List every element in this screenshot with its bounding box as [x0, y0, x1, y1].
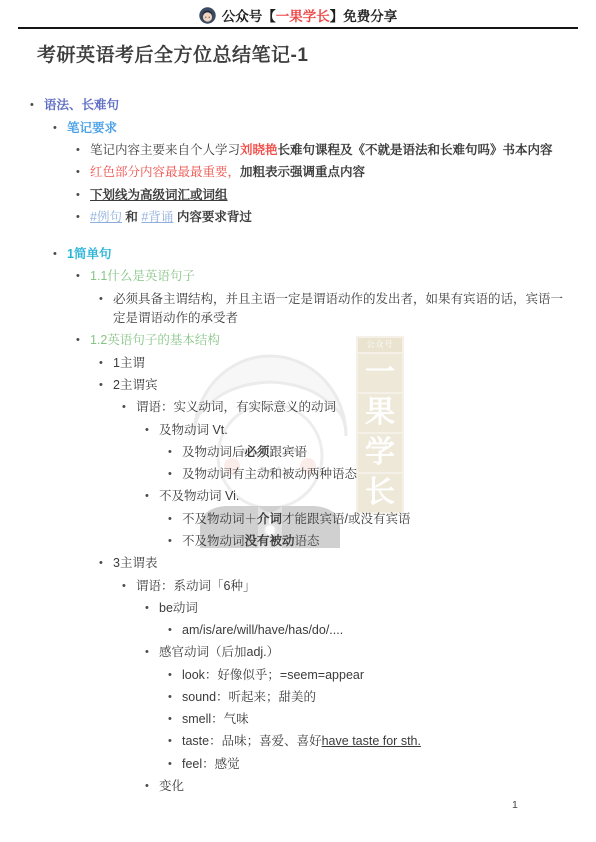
text-segment: 笔记内容主要来自个人学习 — [90, 143, 240, 157]
page-header: 公众号【一果学长】免费分享 — [0, 5, 596, 25]
bullet-icon: • — [168, 755, 182, 775]
brand-text: 公众号【一果学长】免费分享 — [222, 5, 398, 25]
text-segment: 语态 — [295, 534, 320, 548]
bullet-icon: • — [145, 643, 159, 663]
bullet-icon: • — [168, 532, 182, 552]
list-item: •1主谓 — [99, 352, 570, 374]
header-divider — [18, 27, 578, 29]
list-item-text: 1.2英语句子的基本结构 — [90, 331, 570, 351]
bullet-icon: • — [99, 554, 113, 574]
list-item-text: 下划线为高级词汇或词组 — [90, 186, 570, 206]
bullet-icon: • — [145, 777, 159, 797]
bullet-icon: • — [145, 421, 159, 441]
bullet-icon: • — [168, 732, 182, 752]
list-item-text: 2主谓宾 — [113, 376, 570, 396]
list-item: •feel：感觉 — [168, 753, 570, 775]
list-item-text: 必须具备主谓结构，并且主语一定是谓语动作的发出者，如果有宾语的话，宾语一定是谓语… — [113, 290, 570, 329]
text-segment: have taste for sth. — [322, 734, 421, 748]
document-page: 公众号【一果学长】免费分享 考研英语考后全方位总结笔记-1 公众号 一果学长 •… — [0, 0, 596, 842]
list-item: •am/is/are/will/have/has/do/.... — [168, 620, 570, 642]
bullet-icon: • — [145, 487, 159, 507]
brand-suffix: 】免费分享 — [330, 9, 398, 24]
list-item-text: 变化 — [159, 777, 570, 797]
text-segment: 不及物动词 Vi. — [159, 489, 239, 503]
text-segment: 1简单句 — [67, 247, 111, 261]
list-item-text: smell：气味 — [182, 710, 570, 730]
list-item-text: 红色部分内容最最最重要，加粗表示强调重点内容 — [90, 163, 570, 183]
bullet-icon: • — [53, 119, 67, 139]
list-item-text: 1简单句 — [67, 245, 570, 265]
text-segment: 内容要求背过 — [173, 210, 251, 224]
brand-avatar-icon — [199, 7, 216, 24]
text-segment: 跟宾语 — [270, 445, 308, 459]
list-item: •及物动词后必须跟宾语 — [168, 441, 570, 463]
text-segment: 才能跟宾语/或没有宾语 — [282, 512, 410, 526]
list-item-text: 谓语：系动词「6种」 — [136, 577, 570, 597]
list-item: •3主谓表 — [99, 553, 570, 575]
list-item: •taste：品味；喜爱、喜好have taste for sth. — [168, 731, 570, 753]
bullet-icon: • — [168, 688, 182, 708]
list-item: •语法、长难句 — [30, 95, 570, 117]
bullet-icon: • — [168, 666, 182, 686]
list-item: •红色部分内容最最最重要，加粗表示强调重点内容 — [76, 162, 570, 184]
text-segment: 3主谓表 — [113, 556, 157, 570]
list-item-text: 不及物动词＋介词才能跟宾语/或没有宾语 — [182, 510, 570, 530]
bullet-icon: • — [168, 621, 182, 641]
bullet-icon: • — [76, 186, 90, 206]
text-segment: 不及物动词 — [182, 534, 245, 548]
brand-prefix: 公众号【 — [222, 9, 276, 24]
text-segment: feel：感觉 — [182, 757, 240, 771]
text-segment: 必须具备主谓结构，并且主语一定是谓语动作的发出者，如果有宾语的话，宾语一定是谓语… — [113, 292, 563, 326]
bullet-icon: • — [76, 141, 90, 161]
list-item: •必须具备主谓结构，并且主语一定是谓语动作的发出者，如果有宾语的话，宾语一定是谓… — [99, 288, 570, 330]
list-item: •及物动词 Vt. — [145, 419, 570, 441]
list-item: •#例句 和 #背诵 内容要求背过 — [76, 206, 570, 228]
outline-list: •语法、长难句•笔记要求•笔记内容主要来自个人学习刘晓艳长难句课程及《不就是语法… — [30, 95, 570, 798]
bullet-icon: • — [99, 354, 113, 374]
text-segment: 及物动词 Vt. — [159, 423, 228, 437]
text-segment: 介词 — [257, 512, 282, 526]
text-segment: 下划线为高级词汇或词组 — [90, 188, 228, 202]
text-segment: 及物动词有主动和被动两种语态 — [182, 467, 357, 481]
text-segment: smell：气味 — [182, 712, 249, 726]
list-item-text: 及物动词 Vt. — [159, 421, 570, 441]
list-item-text: feel：感觉 — [182, 755, 570, 775]
list-item: •不及物动词＋介词才能跟宾语/或没有宾语 — [168, 508, 570, 530]
bullet-icon: • — [76, 267, 90, 287]
list-item: •2主谓宾 — [99, 375, 570, 397]
list-item: •笔记要求 — [53, 117, 570, 139]
bullet-icon: • — [76, 208, 90, 228]
text-segment: 2主谓宾 — [113, 378, 157, 392]
text-segment: 谓语：系动词「6种」 — [136, 579, 255, 593]
list-item-text: sound：听起来；甜美的 — [182, 688, 570, 708]
bullet-icon: • — [76, 163, 90, 183]
text-segment: 1.2英语句子的基本结构 — [90, 333, 220, 347]
list-item-text: 1.1什么是英语句子 — [90, 267, 570, 287]
list-item-text: 1主谓 — [113, 354, 570, 374]
text-segment: 变化 — [159, 779, 184, 793]
list-item-text: taste：品味；喜爱、喜好have taste for sth. — [182, 732, 570, 752]
bullet-icon: • — [168, 443, 182, 463]
list-item-text: 谓语：实义动词，有实际意义的动词 — [136, 398, 570, 418]
list-item-text: am/is/are/will/have/has/do/.... — [182, 621, 570, 641]
list-item: •及物动词有主动和被动两种语态 — [168, 464, 570, 486]
text-segment: am/is/are/will/have/has/do/.... — [182, 623, 343, 637]
list-item: •1简单句 — [53, 244, 570, 266]
tag-link[interactable]: #背诵 — [141, 210, 173, 224]
list-item: •不及物动词 Vi. — [145, 486, 570, 508]
list-item: •1.2英语句子的基本结构 — [76, 330, 570, 352]
list-item-text: #例句 和 #背诵 内容要求背过 — [90, 208, 570, 228]
text-segment: 加粗表示强调重点内容 — [240, 165, 365, 179]
text-segment: 及物动词后 — [182, 445, 245, 459]
text-segment: 刘晓艳 — [240, 143, 278, 157]
list-item: •变化 — [145, 776, 570, 798]
text-segment: 和 — [122, 210, 141, 224]
bullet-icon: • — [145, 599, 159, 619]
text-segment: 1主谓 — [113, 356, 145, 370]
list-item-text: be动词 — [159, 599, 570, 619]
text-segment: 谓语：实义动词，有实际意义的动词 — [136, 400, 336, 414]
list-item: •谓语：实义动词，有实际意义的动词 — [122, 397, 570, 419]
bullet-icon: • — [168, 510, 182, 530]
list-item: •谓语：系动词「6种」 — [122, 575, 570, 597]
bullet-icon: • — [168, 710, 182, 730]
text-segment: 长难句课程及《不就是语法和长难句吗》书本内容 — [278, 143, 553, 157]
text-segment: 红色部分内容最最最重要， — [90, 165, 240, 179]
bullet-icon: • — [53, 245, 67, 265]
list-item: •1.1什么是英语句子 — [76, 266, 570, 288]
list-item-text: 不及物动词没有被动语态 — [182, 532, 570, 552]
text-segment: 语法、长难句 — [44, 98, 119, 112]
list-item-text: 笔记要求 — [67, 119, 570, 139]
text-segment: 必须 — [245, 445, 270, 459]
bullet-icon: • — [99, 376, 113, 396]
list-item-text: 笔记内容主要来自个人学习刘晓艳长难句课程及《不就是语法和长难句吗》书本内容 — [90, 141, 570, 161]
list-item: •sound：听起来；甜美的 — [168, 687, 570, 709]
text-segment: 不及物动词＋ — [182, 512, 257, 526]
list-item: •笔记内容主要来自个人学习刘晓艳长难句课程及《不就是语法和长难句吗》书本内容 — [76, 140, 570, 162]
list-item-text: 不及物动词 Vi. — [159, 487, 570, 507]
text-segment: sound：听起来；甜美的 — [182, 690, 316, 704]
bullet-icon: • — [122, 577, 136, 597]
list-item-text: look：好像似乎；=seem=appear — [182, 666, 570, 686]
page-title: 考研英语考后全方位总结笔记-1 — [37, 40, 308, 67]
bullet-icon: • — [99, 290, 113, 310]
bullet-icon: • — [168, 465, 182, 485]
list-item: •感官动词（后加adj.） — [145, 642, 570, 664]
list-item: •smell：气味 — [168, 709, 570, 731]
text-segment: 1.1什么是英语句子 — [90, 269, 195, 283]
text-segment: be动词 — [159, 601, 198, 615]
list-item-text: 及物动词有主动和被动两种语态 — [182, 465, 570, 485]
bullet-icon: • — [30, 96, 44, 116]
list-item: •be动词 — [145, 597, 570, 619]
list-item: •下划线为高级词汇或词组 — [76, 184, 570, 206]
list-item: •look：好像似乎；=seem=appear — [168, 664, 570, 686]
brand-name: 一果学长 — [276, 9, 330, 24]
bullet-icon: • — [76, 331, 90, 351]
page-number: 1 — [512, 799, 518, 811]
text-segment: 感官动词（后加adj.） — [159, 645, 279, 659]
list-item-text: 语法、长难句 — [44, 96, 570, 116]
text-segment: 没有被动 — [245, 534, 295, 548]
text-segment: look：好像似乎；=seem=appear — [182, 668, 364, 682]
list-item-text: 3主谓表 — [113, 554, 570, 574]
list-item-text: 感官动词（后加adj.） — [159, 643, 570, 663]
list-item-text: 及物动词后必须跟宾语 — [182, 443, 570, 463]
tag-link[interactable]: #例句 — [90, 210, 122, 224]
list-item: •不及物动词没有被动语态 — [168, 531, 570, 553]
text-segment: taste：品味；喜爱、喜好 — [182, 734, 322, 748]
text-segment: 笔记要求 — [67, 121, 117, 135]
bullet-icon: • — [122, 398, 136, 418]
